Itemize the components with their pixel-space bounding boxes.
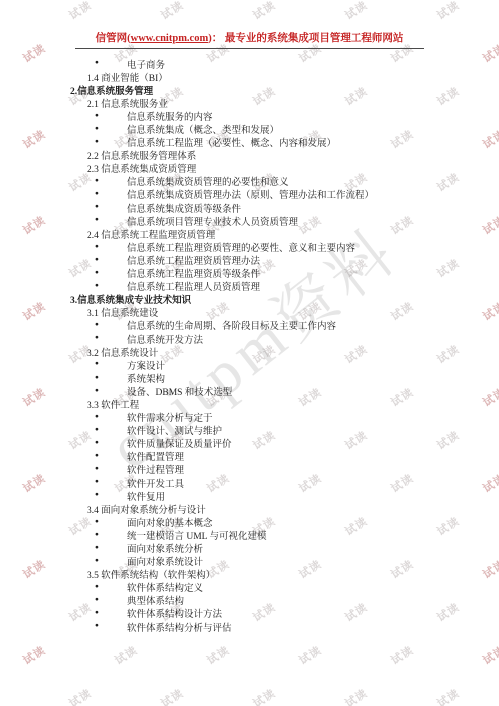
bullet-icon: ● [95, 623, 127, 630]
bullet-icon: ● [95, 361, 127, 368]
bullet-icon: ● [95, 178, 127, 185]
outline-item: ●信息系统的生命周期、各阶段目标及主要工作内容 [0, 319, 499, 332]
outline-item-label: 软件复用 [127, 489, 165, 503]
bullet-icon: ● [95, 519, 127, 526]
bullet-icon: ● [95, 322, 127, 329]
outline-item: ●面向对象系统分析 [0, 541, 499, 554]
bullet-icon: ● [95, 532, 127, 539]
outline-item: 3.信息系统集成专业技术知识 [0, 293, 499, 306]
outline-item-label: 典型体系结构 [127, 593, 184, 607]
outline-item: ●信息系统集成（概念、类型和发展） [0, 122, 499, 135]
outline-item: ●统一建模语言 UML 与可视化建模 [0, 528, 499, 541]
outline-item: ●系统架构 [0, 371, 499, 384]
bullet-icon: ● [95, 270, 127, 277]
outline-item: 2.信息系统服务管理 [0, 83, 499, 96]
outline-item: ●信息系统集成资质管理的必要性和意义 [0, 175, 499, 188]
outline-item: ●方案设计 [0, 358, 499, 371]
outline-item-label: 面向对象系统分析 [127, 541, 203, 555]
outline-item-label: 信息系统工程监理（必要性、概念、内容和发展） [127, 135, 336, 149]
outline-item: ●软件复用 [0, 489, 499, 502]
bullet-icon: ● [95, 191, 127, 198]
bullet-icon: ● [95, 204, 127, 211]
outline-item-label: 软件质量保证及质量评价 [127, 436, 232, 450]
bullet-icon: ● [95, 113, 127, 120]
outline-item: ●软件体系结构分析与评估 [0, 620, 499, 633]
bullet-icon: ● [95, 126, 127, 133]
bullet-icon: ● [95, 139, 127, 146]
outline-item: ●软件体系结构定义 [0, 581, 499, 594]
outline-item-label: 信息系统集成（概念、类型和发展） [127, 122, 279, 136]
outline-item-label: 信息系统项目管理专业技术人员资质管理 [127, 214, 298, 228]
outline-item: 2.3 信息系统集成资质管理 [0, 162, 499, 175]
outline-item: ●信息系统项目管理专业技术人员资质管理 [0, 214, 499, 227]
outline-item-label: 2.信息系统服务管理 [70, 83, 153, 97]
outline-item-label: 1.4 商业智能（BI） [87, 70, 168, 84]
outline-item-label: 设备、DBMS 和技术选型 [127, 384, 232, 398]
site-name-suffix: )： [208, 33, 222, 44]
outline-item: ●面向对象的基本概念 [0, 515, 499, 528]
outline-item: ●信息系统服务的内容 [0, 109, 499, 122]
outline-item: ●信息系统开发方法 [0, 332, 499, 345]
outline-item-label: 软件需求分析与定于 [127, 410, 213, 424]
outline-item-label: 2.2 信息系统服务管理体系 [87, 148, 196, 162]
document-page: 信管网(www.cnitpm.com)： 最专业的系统集成项目管理工程师网站 ●… [0, 0, 499, 706]
outline-item-label: 电子商务 [127, 57, 165, 71]
outline-item-label: 信息系统的生命周期、各阶段目标及主要工作内容 [127, 318, 336, 332]
bullet-icon: ● [95, 584, 127, 591]
outline-item-label: 面向对象的基本概念 [127, 515, 213, 529]
outline-item-label: 信息系统开发方法 [127, 332, 203, 346]
bullet-icon: ● [95, 440, 127, 447]
outline-item: ●软件配置管理 [0, 450, 499, 463]
bullet-icon: ● [95, 414, 127, 421]
outline-item-label: 面向对象系统设计 [127, 554, 203, 568]
outline-item-label: 软件配置管理 [127, 449, 184, 463]
outline-item: ●电子商务 [0, 57, 499, 70]
bullet-icon: ● [95, 558, 127, 565]
outline-item: ●设备、DBMS 和技术选型 [0, 384, 499, 397]
outline-item-label: 信息系统服务的内容 [127, 109, 213, 123]
site-tagline: 最专业的系统集成项目管理工程师网站 [222, 33, 403, 44]
outline-item: ●面向对象系统设计 [0, 555, 499, 568]
outline-item: 2.2 信息系统服务管理体系 [0, 149, 499, 162]
outline-item-label: 3.3 软件工程 [87, 397, 139, 411]
bullet-icon: ● [95, 217, 127, 224]
outline-item: ●信息系统工程监理人员资质管理 [0, 280, 499, 293]
outline-item-label: 信息系统集成资质管理的必要性和意义 [127, 174, 289, 188]
outline-item: ●信息系统工程监理资质等级条件 [0, 267, 499, 280]
outline-item-label: 信息系统集成资质等级条件 [127, 201, 241, 215]
outline-item: ●软件开发工具 [0, 476, 499, 489]
outline-item: ●信息系统工程监理（必要性、概念、内容和发展） [0, 136, 499, 149]
outline-item-label: 3.4 面向对象系统分析与设计 [87, 502, 206, 516]
outline-item-label: 3.2 信息系统设计 [87, 345, 158, 359]
outline-item-label: 3.信息系统集成专业技术知识 [70, 292, 191, 306]
bullet-icon: ● [95, 545, 127, 552]
bullet-icon: ● [95, 60, 127, 67]
syllabus-outline: ●电子商务1.4 商业智能（BI）2.信息系统服务管理2.1 信息系统服务业●信… [0, 57, 499, 633]
outline-item: ●信息系统工程监理资质管理办法 [0, 253, 499, 266]
bullet-icon: ● [95, 597, 127, 604]
outline-item: 3.5 软件系统结构（软件架构） [0, 568, 499, 581]
bullet-icon: ● [95, 375, 127, 382]
outline-item: ●软件质量保证及质量评价 [0, 437, 499, 450]
outline-item-label: 信息系统工程监理资质管理办法 [127, 253, 260, 267]
outline-item: ●信息系统集成资质等级条件 [0, 201, 499, 214]
site-name: 信管网( [96, 33, 131, 44]
bullet-icon: ● [95, 453, 127, 460]
outline-item-label: 软件设计、测试与维护 [127, 423, 222, 437]
outline-item-label: 系统架构 [127, 371, 165, 385]
outline-item-label: 2.3 信息系统集成资质管理 [87, 161, 196, 175]
bullet-icon: ● [95, 335, 127, 342]
outline-item-label: 软件体系结构设计方法 [127, 606, 222, 620]
bullet-icon: ● [95, 388, 127, 395]
bullet-icon: ● [95, 492, 127, 499]
outline-item: ●信息系统工程监理资质管理的必要性、意义和主要内容 [0, 240, 499, 253]
outline-item: 3.2 信息系统设计 [0, 345, 499, 358]
outline-item-label: 信息系统工程监理人员资质管理 [127, 279, 260, 293]
outline-item: ●软件过程管理 [0, 463, 499, 476]
bullet-icon: ● [95, 610, 127, 617]
outline-item: 3.4 面向对象系统分析与设计 [0, 502, 499, 515]
bullet-icon: ● [95, 427, 127, 434]
outline-item: ●信息系统集成资质管理办法（原则、管理办法和工作流程） [0, 188, 499, 201]
outline-item-label: 3.5 软件系统结构（软件架构） [87, 567, 215, 581]
outline-item: 2.4 信息系统工程监理资质管理 [0, 227, 499, 240]
site-url[interactable]: www.cnitpm.com [131, 33, 209, 44]
outline-item-label: 2.4 信息系统工程监理资质管理 [87, 227, 215, 241]
outline-item: ●软件设计、测试与维护 [0, 424, 499, 437]
outline-item-label: 软件过程管理 [127, 462, 184, 476]
outline-item-label: 方案设计 [127, 358, 165, 372]
outline-item: 1.4 商业智能（BI） [0, 70, 499, 83]
outline-item-label: 3.1 信息系统建设 [87, 305, 158, 319]
outline-item: 2.1 信息系统服务业 [0, 96, 499, 109]
bullet-icon: ● [95, 257, 127, 264]
bullet-icon: ● [95, 479, 127, 486]
page-header: 信管网(www.cnitpm.com)： 最专业的系统集成项目管理工程师网站 [0, 30, 499, 45]
outline-item: ●典型体系结构 [0, 594, 499, 607]
outline-item-label: 信息系统工程监理资质等级条件 [127, 266, 260, 280]
bullet-icon: ● [95, 244, 127, 251]
outline-item: ●软件需求分析与定于 [0, 411, 499, 424]
outline-item-label: 软件体系结构定义 [127, 580, 203, 594]
bullet-icon: ● [95, 283, 127, 290]
outline-item-label: 信息系统工程监理资质管理的必要性、意义和主要内容 [127, 240, 355, 254]
outline-item-label: 软件体系结构分析与评估 [127, 620, 232, 634]
outline-item-label: 软件开发工具 [127, 476, 184, 490]
outline-item: ●软件体系结构设计方法 [0, 607, 499, 620]
header-divider [75, 48, 424, 49]
outline-item: 3.1 信息系统建设 [0, 306, 499, 319]
outline-item: 3.3 软件工程 [0, 397, 499, 410]
outline-item-label: 信息系统集成资质管理办法（原则、管理办法和工作流程） [127, 187, 374, 201]
outline-item-label: 统一建模语言 UML 与可视化建模 [127, 528, 267, 542]
bullet-icon: ● [95, 466, 127, 473]
outline-item-label: 2.1 信息系统服务业 [87, 96, 168, 110]
